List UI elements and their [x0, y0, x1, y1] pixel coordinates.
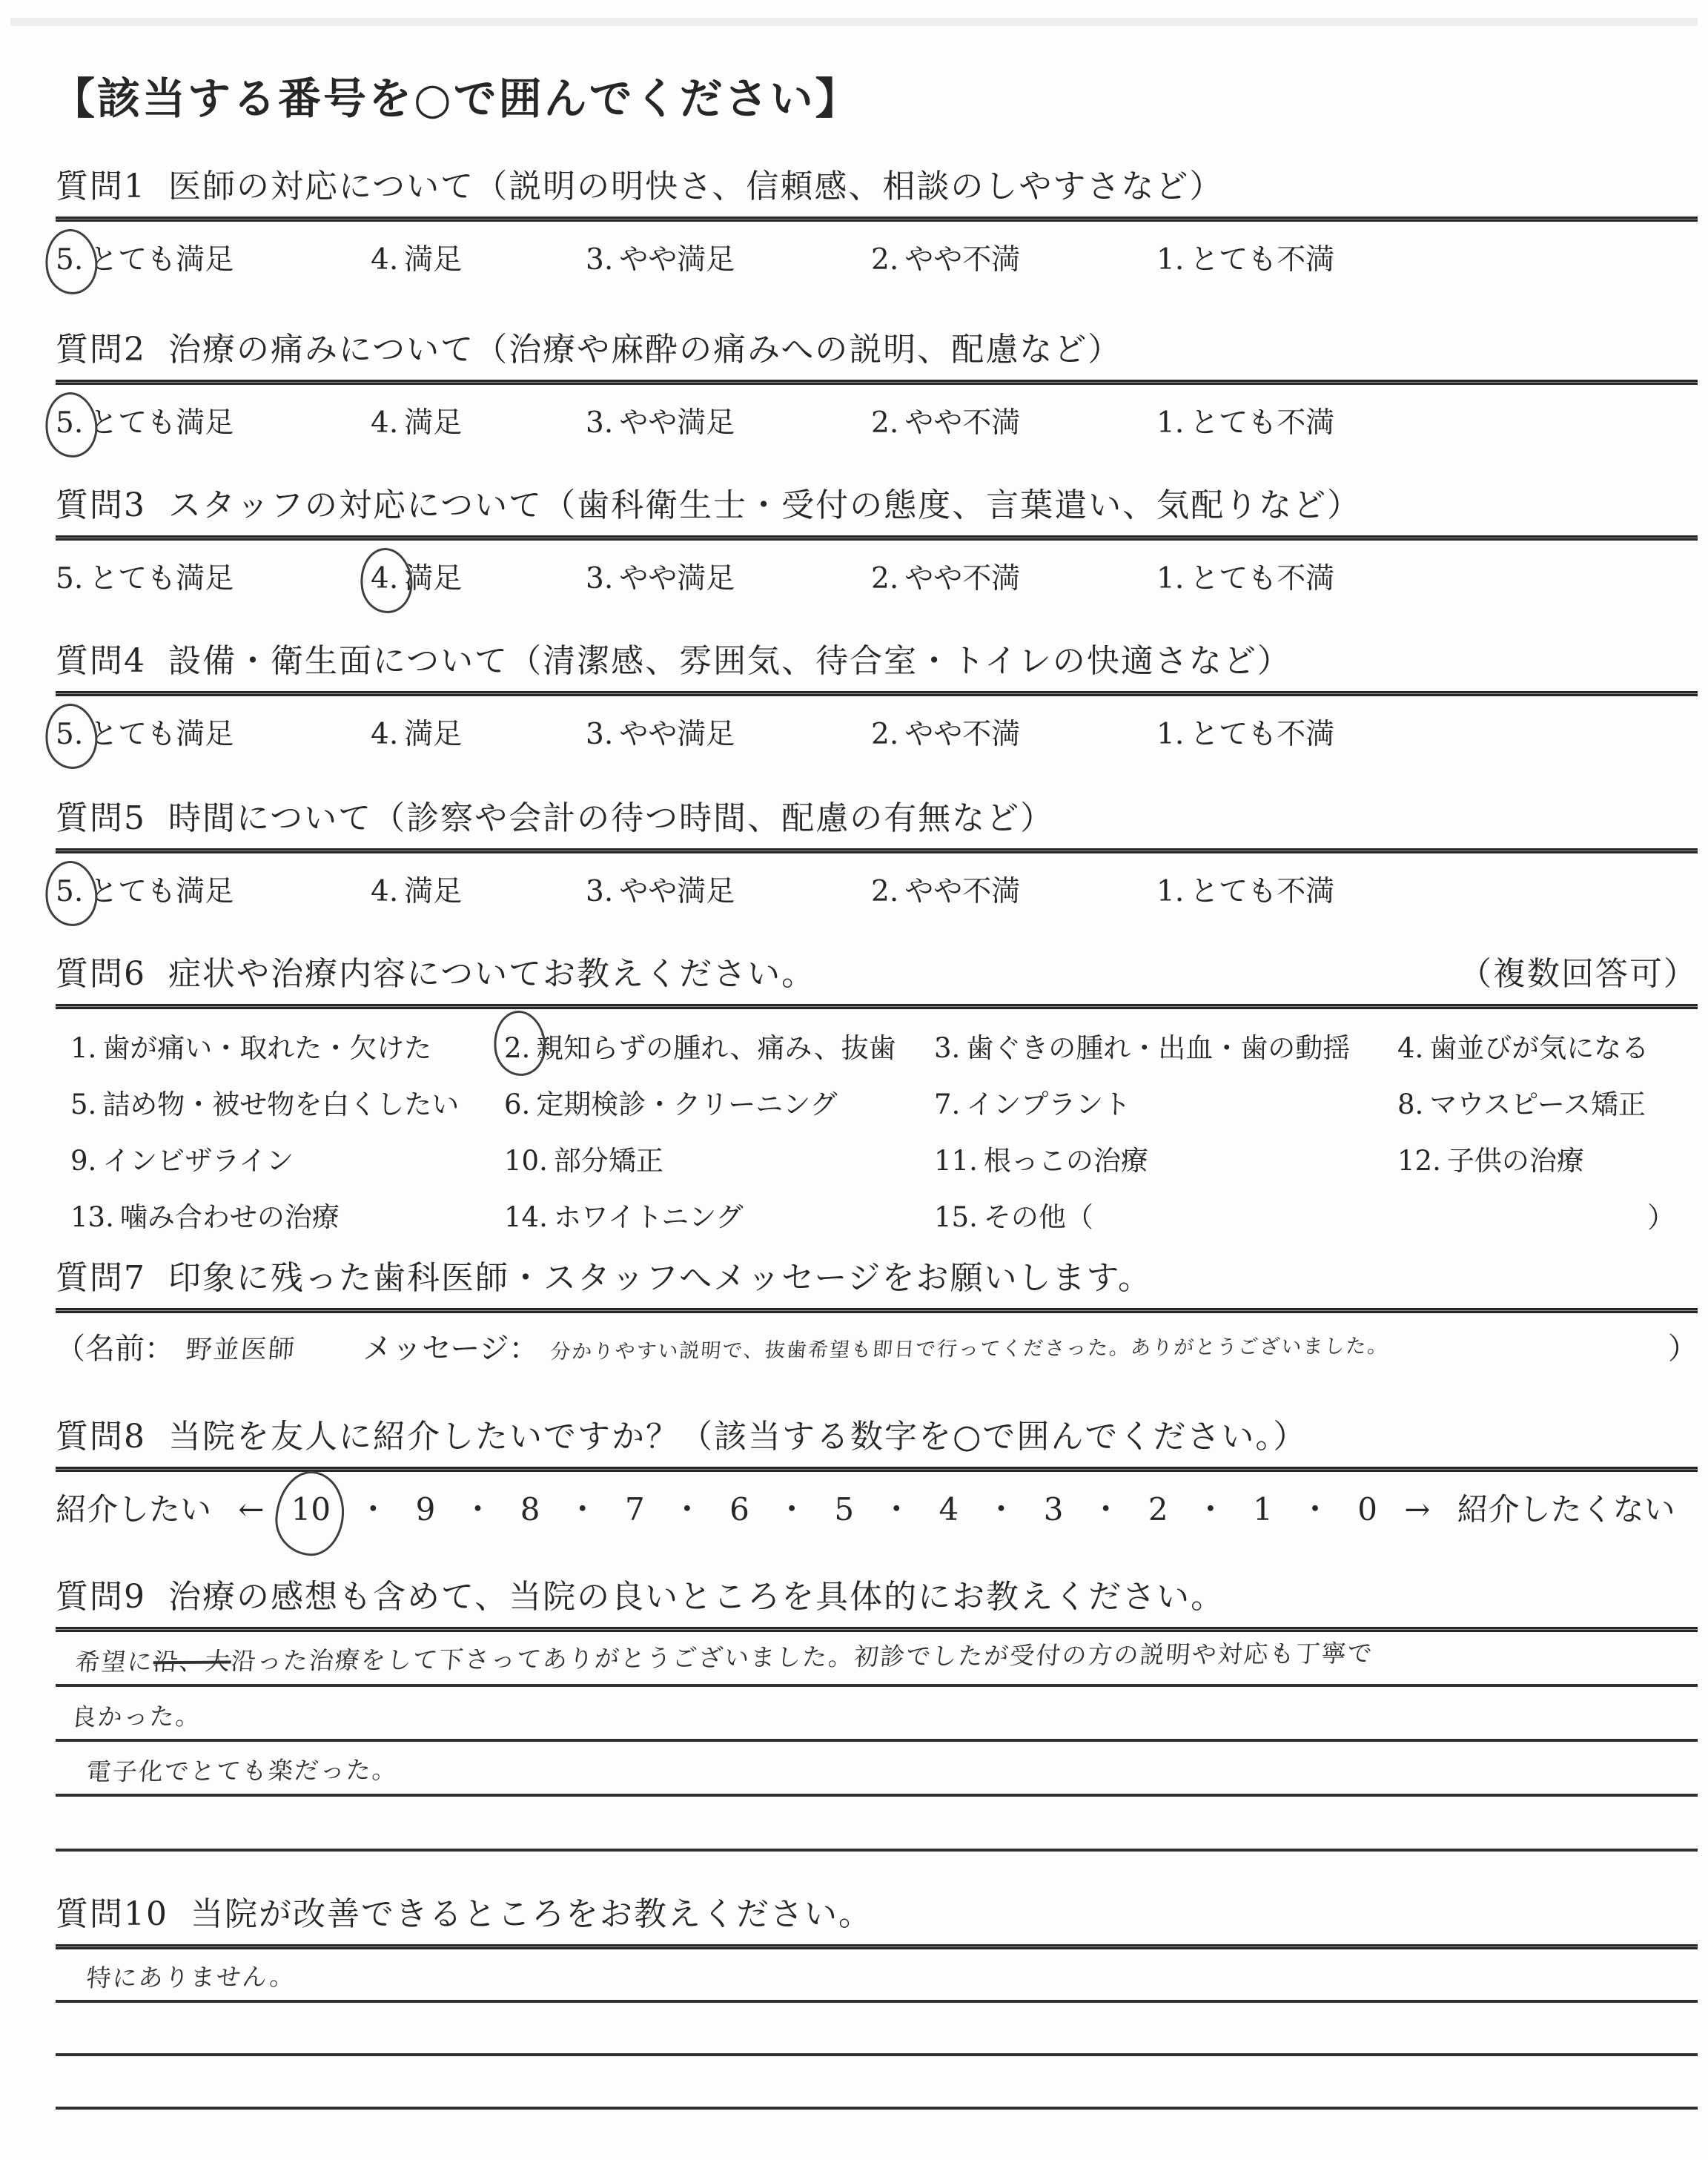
q6-item-7-label: インプラント [966, 1089, 1131, 1120]
nps-9: 9 [416, 1491, 436, 1527]
q1-option-1-number: 1. [1156, 243, 1184, 277]
q1-option-5: 5.とても満足 [56, 243, 234, 277]
q5-option-2-number: 2. [871, 875, 898, 908]
q3-option-3-number: 3. [586, 562, 613, 595]
handwritten-circle-icon [356, 545, 417, 617]
q1-option-3-number: 3. [586, 243, 613, 277]
q1-option-3-label: やや満足 [619, 243, 735, 277]
q6-item-12: 12.子供の治療 [1397, 1132, 1698, 1178]
question-9-section: 質問9治療の感想も含めて、当院の良いところを具体的にお教えください。 希望に沿、… [56, 1578, 1698, 1852]
question-1-section: 質問1医師の対応について（説明の明快さ、信頼感、相談のしやすさなど） 5.とても… [56, 168, 1698, 294]
question-2-options: 5.とても満足 4.満足 3.やや満足 2.やや不満 1.とても不満 [56, 395, 1698, 458]
q10-answer-line-2 [56, 2003, 1698, 2056]
q3-option-5: 5.とても満足 [56, 555, 234, 597]
q1-option-5-label: とても満足 [89, 243, 234, 277]
q4-option-1-number: 1. [1156, 718, 1184, 751]
q6-item-5: 5.詰め物・被せ物を白くしたい [70, 1076, 504, 1122]
question-8-label: 質問8 [56, 1418, 146, 1456]
q4-option-4: 4.満足 [371, 711, 462, 753]
q6-item-11-label: 根っこの治療 [984, 1145, 1148, 1177]
q1-option-3: 3.やや満足 [586, 237, 735, 278]
q5-option-4: 4.満足 [371, 868, 462, 910]
nps-6-value: 6 [729, 1491, 749, 1527]
divider [56, 1467, 1698, 1472]
divider [56, 1944, 1698, 1949]
q5-option-3: 3.やや満足 [586, 868, 735, 910]
q6-item-1: 1.歯が痛い・取れた・欠けた [70, 1020, 504, 1066]
q3-option-2: 2.やや不満 [871, 555, 1020, 597]
q2-option-2: 2.やや不満 [871, 400, 1020, 441]
question-10-label: 質問10 [56, 1895, 168, 1933]
q1-option-1-label: とても不満 [1190, 243, 1334, 277]
q3-option-5-label: とても満足 [89, 562, 234, 595]
q4-option-1: 1.とても不満 [1156, 711, 1334, 753]
q1-option-2: 2.やや不満 [871, 237, 1020, 278]
q2-option-4-number: 4. [371, 406, 398, 440]
q7-name-label: （名前： [56, 1325, 174, 1367]
q6-item-6-number: 6. [504, 1089, 530, 1120]
question-6-note: （複数回答可） [1459, 955, 1698, 994]
q6-item-10-label: 部分矯正 [554, 1145, 663, 1177]
q5-option-5: 5.とても満足 [56, 875, 234, 908]
question-3-options: 5.とても満足 4.満足 3.やや満足 2.やや不満 1.とても不満 [56, 551, 1698, 613]
q6-item-15-label: その他（ [984, 1201, 1093, 1233]
q6-item-11-number: 11. [934, 1145, 978, 1177]
q7-message-label: メッセージ： [363, 1325, 539, 1367]
question-8-text: 当院を友人に紹介したいですか？（該当する数字を○で囲んでください。） [168, 1418, 1307, 1456]
question-10-title: 質問10当院が改善できるところをお教えください。 [56, 1895, 1698, 1934]
question-4-options: 5.とても満足 4.満足 3.やや満足 2.やや不満 1.とても不満 [56, 707, 1698, 769]
nps-2: 2 [1148, 1491, 1168, 1527]
question-6-title: 質問6症状や治療内容についてお教えください。 （複数回答可） [56, 955, 1698, 994]
q4-option-3-number: 3. [586, 718, 613, 751]
nps-6: 6 [729, 1491, 749, 1527]
survey-page: 【該当する番号を○で囲んでください】 質問1医師の対応について（説明の明快さ、信… [0, 0, 1708, 2160]
nps-scale-row: 紹介したい ← 10 ・ 9 ・ 8 ・ 7 ・ 6 ・ 5 ・ 4 ・ 3 ・… [56, 1485, 1675, 1530]
q1-option-1: 1.とても不満 [1156, 237, 1334, 278]
question-4-section: 質問4設備・衛生面について（清潔感、雰囲気、待合室・トイレの快適さなど） 5.と… [56, 642, 1698, 769]
nps-dot: ・ [357, 1485, 388, 1530]
question-5-title: 質問5時間について（診察や会計の待つ時間、配慮の有無など） [56, 799, 1698, 838]
nps-dot: ・ [881, 1485, 912, 1530]
q6-item-8-number: 8. [1397, 1089, 1423, 1120]
question-7-answer-row: （名前： 野並医師 メッセージ： 分かりやすい説明で、抜歯希望も即日で行ってくだ… [56, 1325, 1698, 1367]
q2-option-1: 1.とても不満 [1156, 400, 1334, 441]
nps-1: 1 [1253, 1491, 1273, 1527]
q4-option-1-label: とても不満 [1190, 718, 1334, 751]
q3-option-4: 4.満足 [371, 562, 462, 595]
q6-item-15-number: 15. [934, 1201, 978, 1233]
q2-option-1-label: とても不満 [1190, 406, 1334, 440]
q3-option-4-label: 満足 [404, 562, 462, 595]
nps-3-value: 3 [1044, 1491, 1064, 1527]
question-7-section: 質問7印象に残った歯科医師・スタッフへメッセージをお願いします。 （名前： 野並… [56, 1259, 1698, 1367]
q5-option-1-label: とても不満 [1190, 875, 1334, 908]
q4-option-2-number: 2. [871, 718, 898, 751]
nps-dot: ・ [672, 1485, 703, 1530]
q4-option-2: 2.やや不満 [871, 711, 1020, 753]
q5-option-3-label: やや満足 [619, 875, 735, 908]
q9-answer-struck-text: 沿、大 [152, 1647, 232, 1677]
nps-3: 3 [1044, 1491, 1064, 1527]
divider [56, 535, 1698, 541]
question-7-title: 質問7印象に残った歯科医師・スタッフへメッセージをお願いします。 [56, 1259, 1698, 1298]
q7-close-paren: ） [1668, 1325, 1698, 1367]
question-1-text: 医師の対応について（説明の明快さ、信頼感、相談のしやすさなど） [168, 168, 1223, 205]
q9-answer-pre: 希望に [74, 1647, 154, 1677]
q2-option-3: 3.やや満足 [586, 400, 735, 441]
q10-answer-line-3 [56, 2056, 1698, 2110]
nps-2-value: 2 [1148, 1491, 1168, 1527]
q6-item-14: 14.ホワイトニング [504, 1189, 934, 1235]
nps-left-label: 紹介したい [56, 1485, 211, 1530]
q6-item-9-label: インビザライン [102, 1145, 294, 1177]
question-4-title: 質問4設備・衛生面について（清潔感、雰囲気、待合室・トイレの快適さなど） [56, 642, 1698, 681]
q6-item-3-number: 3. [934, 1032, 960, 1064]
q4-option-4-label: 満足 [404, 718, 462, 751]
nps-4-value: 4 [939, 1491, 959, 1527]
q6-item-13-number: 13. [70, 1201, 114, 1233]
question-1-label: 質問1 [56, 168, 146, 205]
nps-0-value: 0 [1357, 1491, 1377, 1527]
question-2-title: 質問2治療の痛みについて（治療や麻酔の痛みへの説明、配慮など） [56, 331, 1698, 369]
nps-right-label: 紹介したくない [1457, 1485, 1675, 1530]
divider [56, 848, 1698, 853]
nps-7: 7 [625, 1491, 645, 1527]
q4-option-5: 5.とても満足 [56, 718, 234, 751]
handwritten-circle-icon [273, 1469, 347, 1558]
question-2-label: 質問2 [56, 331, 146, 369]
q5-option-1: 1.とても不満 [1156, 868, 1334, 910]
nps-4: 4 [939, 1491, 959, 1527]
nps-dot: ・ [985, 1485, 1016, 1530]
question-1-options: 5.とても満足 4.満足 3.やや満足 2.やや不満 1.とても不満 [56, 232, 1698, 294]
nps-5: 5 [834, 1491, 854, 1527]
nps-dot: ・ [567, 1485, 598, 1530]
q1-option-4-number: 4. [371, 243, 398, 277]
divider [56, 1308, 1698, 1313]
q2-option-5-label: とても満足 [89, 406, 234, 440]
divider [56, 691, 1698, 696]
q6-item-9-number: 9. [70, 1145, 96, 1177]
nps-dot: ・ [463, 1485, 494, 1530]
q2-option-3-number: 3. [586, 406, 613, 440]
q2-option-4: 4.満足 [371, 400, 462, 441]
q4-option-3-label: やや満足 [619, 718, 735, 751]
question-2-section: 質問2治療の痛みについて（治療や麻酔の痛みへの説明、配慮など） 5.とても満足 … [56, 331, 1698, 458]
q6-item-10-number: 10. [504, 1145, 548, 1177]
question-4-text: 設備・衛生面について（清潔感、雰囲気、待合室・トイレの快適さなど） [168, 642, 1291, 680]
question-3-section: 質問3スタッフの対応について（歯科衛生士・受付の態度、言葉遣い、気配りなど） 5… [56, 486, 1698, 613]
q5-option-4-number: 4. [371, 875, 398, 908]
q6-item-7-number: 7. [934, 1089, 960, 1120]
q6-other-close-paren: ） [1647, 1189, 1675, 1235]
q3-option-5-number: 5. [56, 562, 83, 595]
q1-option-4-label: 満足 [404, 243, 462, 277]
nps-10: 10 [291, 1491, 331, 1527]
q6-item-2-label: 親知らずの腫れ、痛み、抜歯 [536, 1032, 896, 1064]
q2-option-1-number: 1. [1156, 406, 1184, 440]
question-4-label: 質問4 [56, 642, 146, 680]
arrow-left-icon: ← [238, 1491, 264, 1527]
question-7-label: 質問7 [56, 1259, 146, 1297]
question-2-text: 治療の痛みについて（治療や麻酔の痛みへの説明、配慮など） [168, 331, 1122, 369]
q5-option-2-label: やや不満 [904, 875, 1020, 908]
question-6-section: 質問6症状や治療内容についてお教えください。 （複数回答可） 1.歯が痛い・取れ… [56, 955, 1698, 1245]
question-5-label: 質問5 [56, 799, 146, 837]
question-5-text: 時間について（診察や会計の待つ時間、配慮の有無など） [168, 799, 1054, 837]
q3-option-1: 1.とても不満 [1156, 555, 1334, 597]
question-8-section: 質問8当院を友人に紹介したいですか？（該当する数字を○で囲んでください。） 紹介… [56, 1418, 1698, 1530]
q4-option-3: 3.やや満足 [586, 711, 735, 753]
handwritten-circle-icon [41, 701, 102, 773]
question-5-options: 5.とても満足 4.満足 3.やや満足 2.やや不満 1.とても不満 [56, 864, 1698, 926]
arrow-right-icon: → [1404, 1491, 1430, 1527]
question-3-title: 質問3スタッフの対応について（歯科衛生士・受付の態度、言葉遣い、気配りなど） [56, 486, 1698, 525]
q6-item-11: 11.根っこの治療 [934, 1132, 1397, 1178]
q6-item-9: 9.インビザライン [70, 1132, 504, 1178]
q9-answer-handwritten-1: 希望に沿、大沿った治療をして下さってありがとうございました。初診でしたが受付の方… [74, 1634, 1375, 1678]
nps-7-value: 7 [625, 1491, 645, 1527]
q6-item-12-number: 12. [1397, 1145, 1441, 1177]
q6-item-6-label: 定期検診・クリーニング [536, 1089, 837, 1120]
question-10-section: 質問10当院が改善できるところをお教えください。 特にありません。 [56, 1895, 1698, 2160]
q10-answer-line-1: 特にありません。 [56, 1949, 1698, 2003]
q4-option-4-number: 4. [371, 718, 398, 751]
question-8-title: 質問8当院を友人に紹介したいですか？（該当する数字を○で囲んでください。） [56, 1418, 1698, 1456]
question-6-label: 質問6 [56, 955, 146, 993]
q6-item-7: 7.インプラント [934, 1076, 1397, 1122]
question-6-heading: 質問6症状や治療内容についてお教えください。 [56, 955, 815, 994]
q9-answer-line-4 [56, 1797, 1698, 1852]
q6-item-10: 10.部分矯正 [504, 1132, 934, 1178]
q4-option-2-label: やや不満 [904, 718, 1020, 751]
scan-artifact-band [10, 18, 1698, 26]
q9-answer-line-2: 良かった。 [56, 1687, 1698, 1742]
q4-option-5-label: とても満足 [89, 718, 234, 751]
q6-item-4-number: 4. [1397, 1032, 1423, 1064]
q6-item-2: 2.親知らずの腫れ、痛み、抜歯 [504, 1020, 934, 1066]
q6-item-6: 6.定期検診・クリーニング [504, 1076, 934, 1122]
q9-answer-line-3: 電子化でとても楽だった。 [56, 1742, 1698, 1797]
question-9-label: 質問9 [56, 1578, 146, 1616]
question-10-text: 当院が改善できるところをお教えください。 [191, 1895, 873, 1933]
question-6-items: 1.歯が痛い・取れた・欠けた 2.親知らずの腫れ、痛み、抜歯 3.歯ぐきの腫れ・… [56, 1020, 1698, 1245]
q6-item-4-label: 歯並びが気になる [1429, 1032, 1649, 1064]
q6-item-15: 15.その他（ [934, 1189, 1397, 1235]
q6-item-8: 8.マウスピース矯正 [1397, 1076, 1698, 1122]
q6-item-3-label: 歯ぐきの腫れ・出血・歯の動揺 [966, 1032, 1350, 1064]
q6-item-5-label: 詰め物・被せ物を白くしたい [102, 1089, 459, 1120]
nps-9-value: 9 [416, 1491, 436, 1527]
nps-1-value: 1 [1253, 1491, 1273, 1527]
q3-option-2-label: やや不満 [904, 562, 1020, 595]
q5-option-3-number: 3. [586, 875, 613, 908]
q5-option-2: 2.やや不満 [871, 868, 1020, 910]
question-9-title: 質問9治療の感想も含めて、当院の良いところを具体的にお教えください。 [56, 1578, 1698, 1616]
nps-5-value: 5 [834, 1491, 854, 1527]
divider [56, 1004, 1698, 1009]
divider [56, 380, 1698, 385]
nps-8-value: 8 [520, 1491, 540, 1527]
q9-answer-rest: 沿った治療をして下さってありがとうございました。初診でしたが受付の方の説明や対応… [230, 1639, 1374, 1676]
handwritten-circle-icon [41, 858, 102, 930]
q3-option-1-label: とても不満 [1190, 562, 1334, 595]
q2-option-5: 5.とても満足 [56, 406, 234, 440]
nps-dot: ・ [1090, 1485, 1122, 1530]
question-6-text: 症状や治療内容についてお教えください。 [168, 955, 815, 993]
q1-option-2-label: やや不満 [904, 243, 1020, 277]
q3-option-1-number: 1. [1156, 562, 1184, 595]
q10-answer-handwritten-1: 特にありません。 [85, 1958, 297, 1994]
q9-answer-handwritten-2: 良かった。 [70, 1697, 203, 1733]
q6-item-13-label: 噛み合わせの治療 [120, 1201, 340, 1233]
question-3-text: スタッフの対応について（歯科衛生士・受付の態度、言葉遣い、気配りなど） [168, 486, 1361, 524]
q6-item-5-number: 5. [70, 1089, 96, 1120]
nps-dot: ・ [1300, 1485, 1331, 1530]
divider [56, 217, 1698, 222]
q6-item-14-number: 14. [504, 1201, 548, 1233]
q9-answer-handwritten-3: 電子化でとても楽だった。 [85, 1751, 400, 1788]
q5-option-1-number: 1. [1156, 875, 1184, 908]
nps-dot: ・ [1195, 1485, 1226, 1530]
q2-option-2-label: やや不満 [904, 406, 1020, 440]
q6-item-12-label: 子供の治療 [1447, 1145, 1584, 1177]
q6-item-8-label: マウスピース矯正 [1429, 1089, 1646, 1120]
handwritten-circle-icon [489, 1008, 550, 1080]
question-1-title: 質問1医師の対応について（説明の明快さ、信頼感、相談のしやすさなど） [56, 168, 1698, 206]
q6-item-3: 3.歯ぐきの腫れ・出血・歯の動揺 [934, 1020, 1397, 1066]
q6-item-1-label: 歯が痛い・取れた・欠けた [102, 1032, 431, 1064]
page-title: 【該当する番号を○で囲んでください】 [52, 64, 861, 126]
nps-8: 8 [520, 1491, 540, 1527]
q3-option-2-number: 2. [871, 562, 898, 595]
question-5-section: 質問5時間について（診察や会計の待つ時間、配慮の有無など） 5.とても満足 4.… [56, 799, 1698, 926]
question-9-text: 治療の感想も含めて、当院の良いところを具体的にお教えください。 [168, 1578, 1225, 1616]
q2-option-3-label: やや満足 [619, 406, 735, 440]
q3-option-3: 3.やや満足 [586, 555, 735, 597]
q2-option-4-label: 満足 [404, 406, 462, 440]
q6-item-14-label: ホワイトニング [554, 1201, 744, 1233]
q5-option-5-label: とても満足 [89, 875, 234, 908]
handwritten-circle-icon [41, 389, 102, 461]
q2-option-2-number: 2. [871, 406, 898, 440]
q5-option-4-label: 満足 [404, 875, 462, 908]
q3-option-3-label: やや満足 [619, 562, 735, 595]
q6-item-13: 13.噛み合わせの治療 [70, 1189, 504, 1235]
divider [56, 1627, 1698, 1632]
nps-0: 0 [1357, 1491, 1377, 1527]
q10-answer-line-4 [56, 2110, 1698, 2160]
q6-item-4: 4.歯並びが気になる [1397, 1020, 1698, 1066]
q7-name-handwritten: 野並医師 [185, 1329, 297, 1367]
nps-dot: ・ [776, 1485, 807, 1530]
q6-item-1-number: 1. [70, 1032, 96, 1064]
q1-option-4: 4.満足 [371, 237, 462, 278]
q1-option-2-number: 2. [871, 243, 898, 277]
question-3-label: 質問3 [56, 486, 146, 524]
q7-message-handwritten: 分かりやすい説明で、抜歯希望も即日で行ってくださった。ありがとうございました。 [549, 1330, 1390, 1364]
question-7-text: 印象に残った歯科医師・スタッフへメッセージをお願いします。 [168, 1259, 1152, 1297]
handwritten-circle-icon [41, 226, 102, 298]
q9-answer-line-1: 希望に沿、大沿った治療をして下さってありがとうございました。初診でしたが受付の方… [56, 1632, 1698, 1687]
